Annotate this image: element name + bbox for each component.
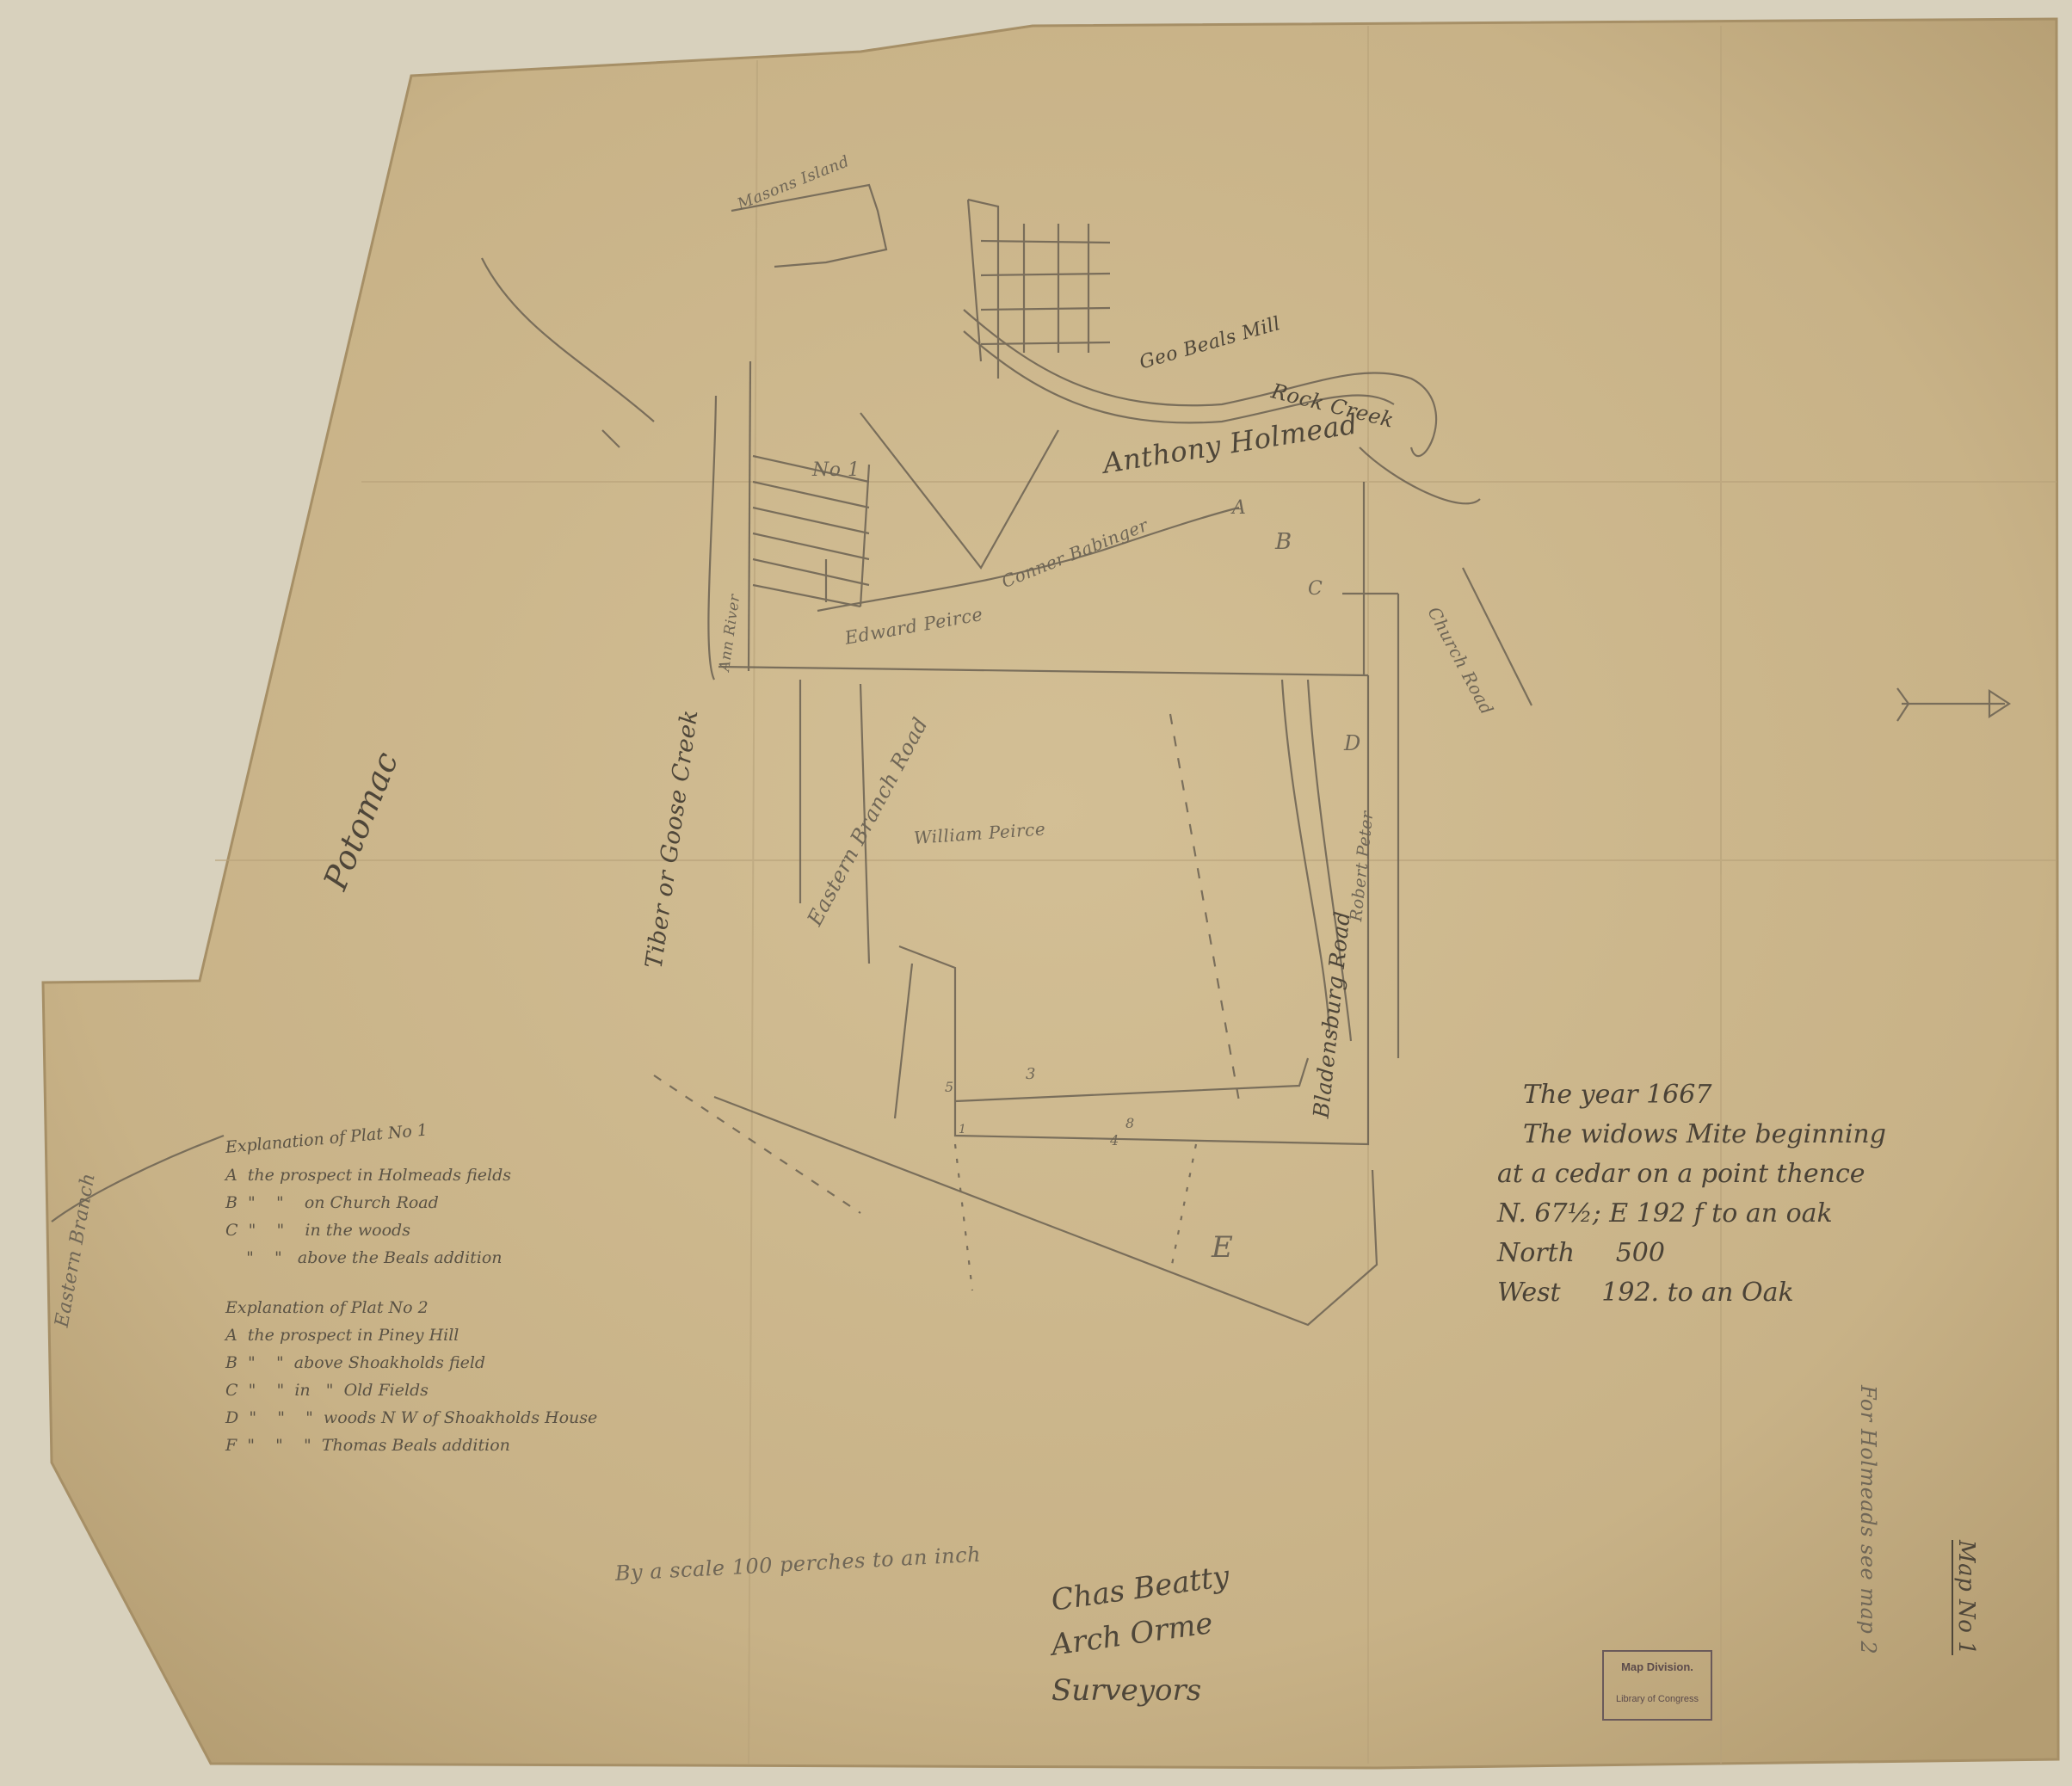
stamp-line-2: Library of Congress (1604, 1694, 1711, 1704)
map-canvas (0, 0, 2072, 1786)
library-stamp: Map Division. Library of Congress (1602, 1650, 1712, 1721)
surveyor-signature: Chas Beatty Arch Orme Surveyors (1051, 1579, 1230, 1713)
survey-note-line: The year 1667 (1497, 1075, 1886, 1115)
label-point-b: B (1275, 529, 1292, 555)
explanation-plat2-title: Explanation of Plat No 2 (225, 1294, 597, 1321)
explanation-item: C " " in the woods (225, 1216, 597, 1244)
survey-note-line: N. 67½; E 192 f to an oak (1497, 1194, 1886, 1234)
side-note-map-no: Map No 1 (1952, 1540, 1979, 1655)
label-point-c: C (1308, 578, 1323, 600)
plot-number-4: 4 (1110, 1132, 1119, 1149)
plot-number-3: 3 (1026, 1065, 1036, 1083)
stamp-line-1: Map Division. (1604, 1660, 1711, 1673)
survey-note-line: at a cedar on a point thence (1497, 1155, 1886, 1194)
explanation-item: B " " above Shoakholds field (225, 1349, 597, 1376)
explanation-item: A the prospect in Piney Hill (225, 1321, 597, 1349)
explanation-item: C " " in " Old Fields (225, 1376, 597, 1404)
explanation-item: B " " on Church Road (225, 1189, 597, 1216)
survey-note-line: The widows Mite beginning (1497, 1115, 1886, 1155)
survey-note: The year 1667 The widows Mite beginning … (1497, 1075, 1886, 1313)
paper-sheet (43, 19, 2058, 1768)
side-note-holmeads: For Holmeads see map 2 (1856, 1385, 1880, 1654)
plot-number-1: 1 (959, 1123, 966, 1136)
plot-number-8: 8 (1125, 1115, 1135, 1131)
label-no1: No 1 (812, 459, 860, 481)
survey-note-line: North 500 (1497, 1234, 1886, 1273)
explanation-item: A the prospect in Holmeads fields (225, 1161, 597, 1189)
explanation-block: Explanation of Plat No 1 A the prospect … (225, 1134, 597, 1459)
plot-number-5: 5 (945, 1079, 954, 1095)
label-point-d: D (1344, 731, 1361, 755)
explanation-item: " " above the Beals addition (225, 1244, 597, 1272)
label-point-e: E (1212, 1230, 1233, 1265)
explanation-item: D " " " woods N W of Shoakholds House (225, 1404, 597, 1432)
explanation-item: F " " " Thomas Beals addition (225, 1432, 597, 1459)
survey-note-line: West 192. to an Oak (1497, 1273, 1886, 1313)
label-point-a: A (1232, 497, 1246, 519)
signature-line: Surveyors (1051, 1668, 1230, 1713)
